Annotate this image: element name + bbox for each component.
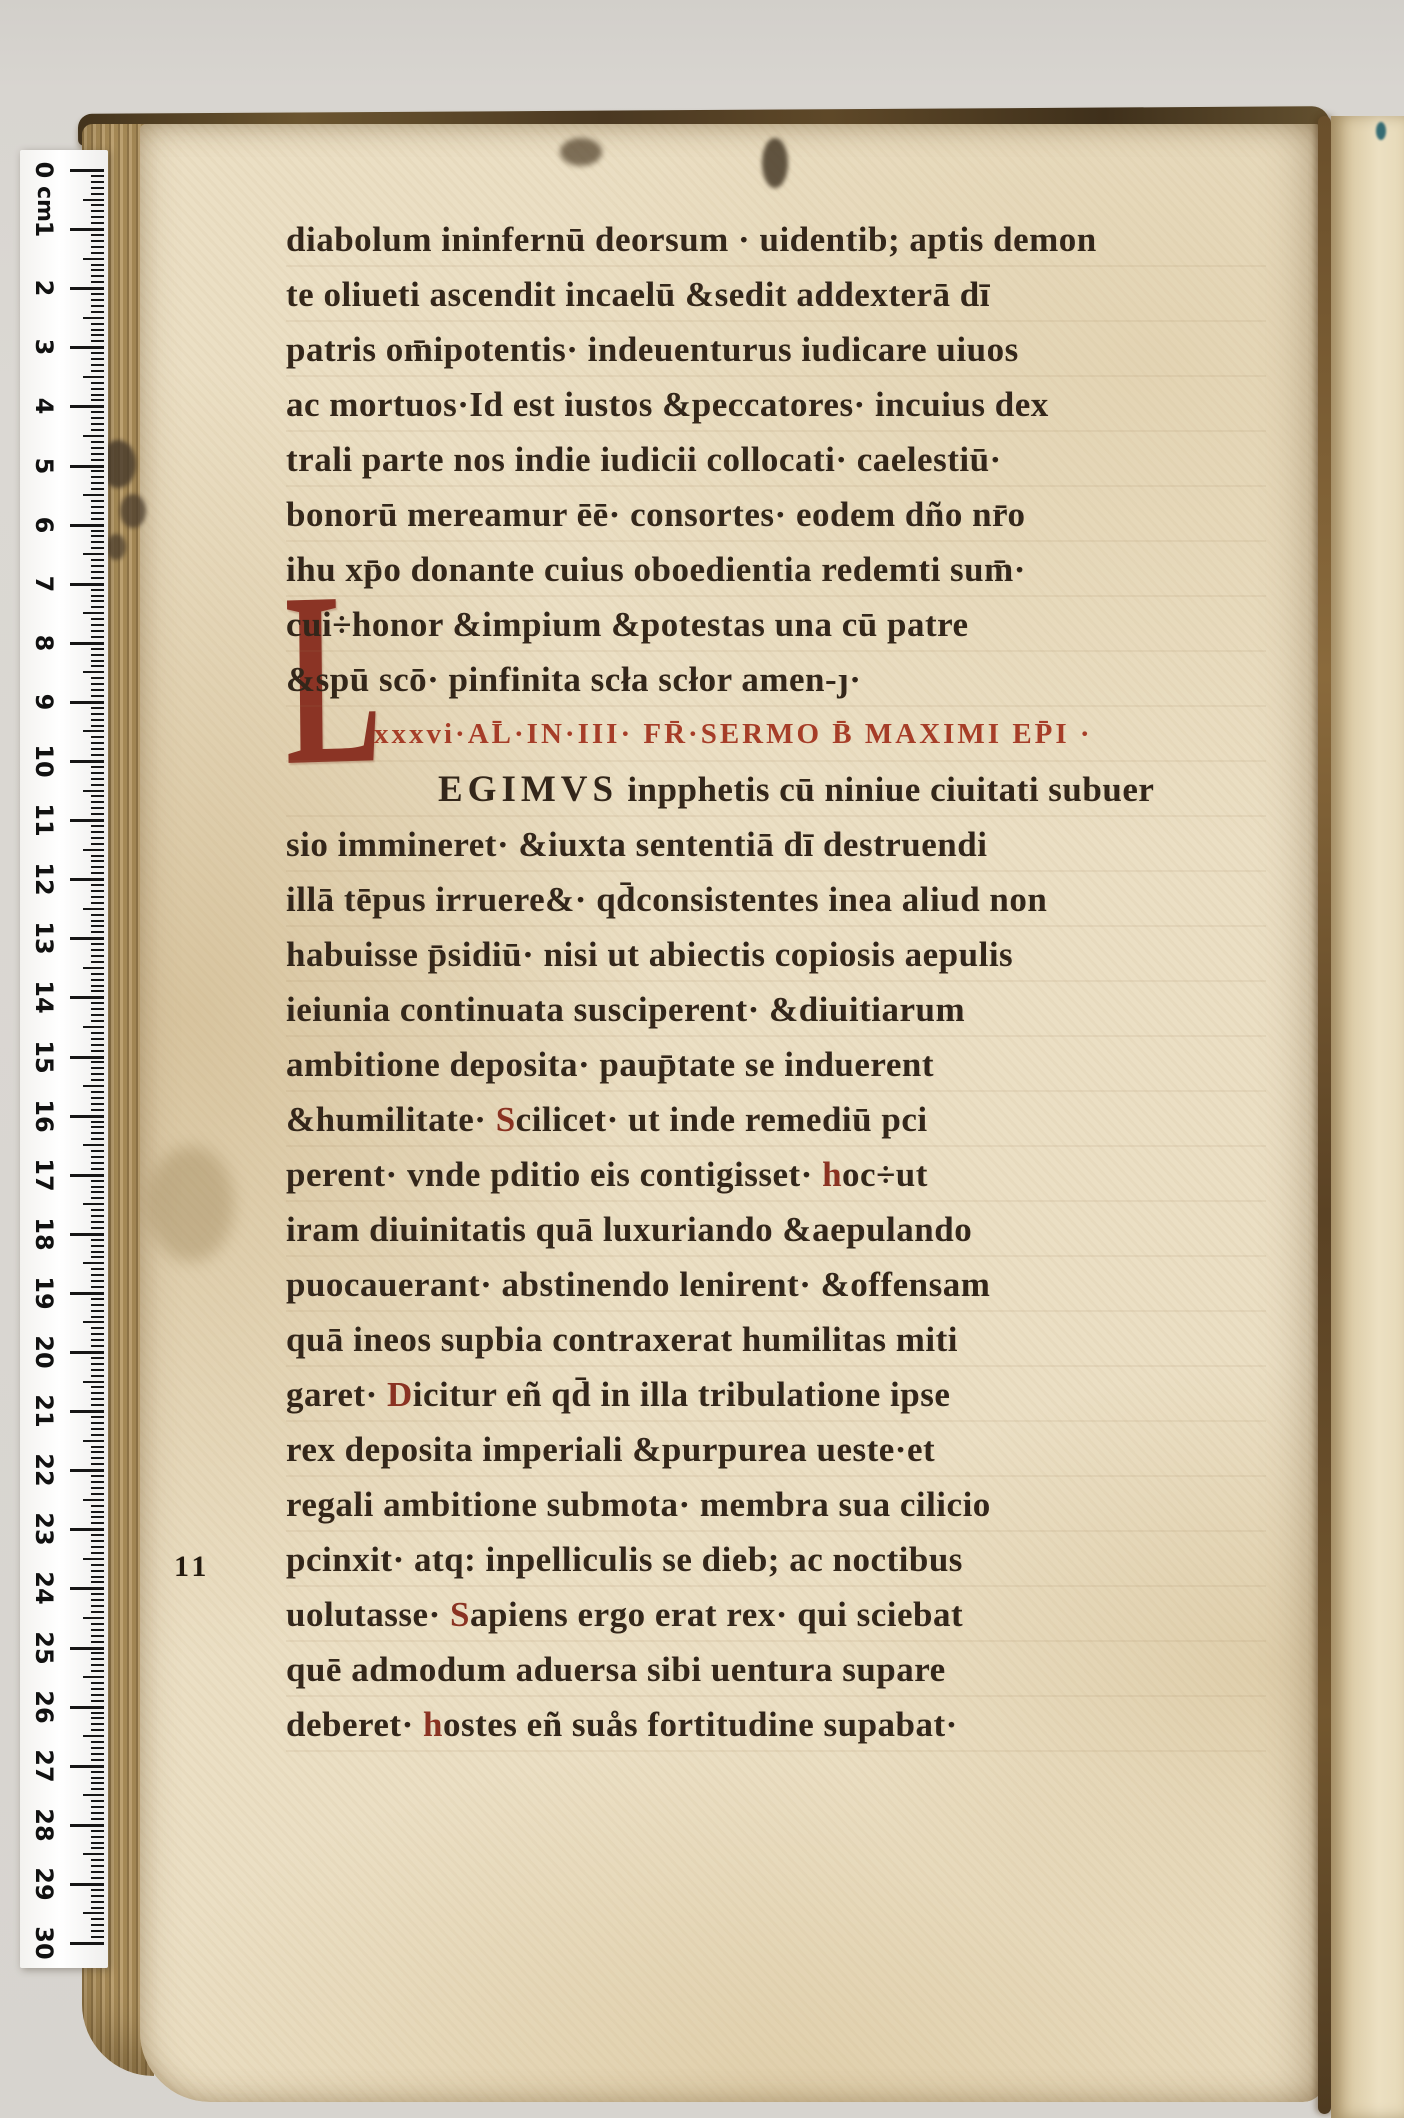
ruler-tick-mm [91, 665, 104, 667]
ruler-tick-mm [91, 884, 104, 886]
ruler-number: 18 [31, 1214, 57, 1254]
ruler-tick-mm [91, 1812, 104, 1814]
ruler-tick-mm [91, 571, 104, 573]
ruler-tick-mm [91, 1694, 104, 1696]
ruler-tick-mm [91, 1641, 104, 1643]
ruler-tick-cm [70, 1410, 104, 1413]
ruler-tick-cm [70, 878, 104, 881]
ruler-tick-mm [91, 1079, 104, 1081]
ruler-tick-half [83, 494, 104, 496]
ruler-tick-mm [91, 707, 104, 709]
ruler-tick-cm [70, 1115, 104, 1118]
ruler-tick-mm [91, 683, 104, 685]
ruler-tick-half [83, 1676, 104, 1678]
ruler-tick-mm [91, 742, 104, 744]
text-segment: sio immineret· &iuxta sententiā dī destr… [286, 825, 987, 864]
ruler-tick-mm [91, 1132, 104, 1134]
text-segment: perent· vnde pditio eis contigisset· [286, 1155, 822, 1194]
ruler-tick-mm [91, 990, 104, 992]
ruler-tick-mm [91, 955, 104, 957]
ruler-tick-mm [91, 654, 104, 656]
ruler-tick-half [83, 376, 104, 378]
ruler-tick-mm [91, 1889, 104, 1891]
ruler-tick-mm [91, 1073, 104, 1075]
ruler-tick-mm [91, 831, 104, 833]
ruler-tick-mm [91, 772, 104, 774]
ruler-tick-mm [91, 193, 104, 195]
ruler-tick-cm [70, 701, 104, 704]
ruler-tick-cm [70, 1765, 104, 1768]
ruler-tick-mm [91, 1800, 104, 1802]
ruler-tick-mm [91, 411, 104, 413]
text-segment: pcinxit· atq: inpelliculis se dieb; ac n… [286, 1540, 963, 1579]
text-line: &spū scō· pinfinita scła scłor amen-ȷ· [286, 652, 1266, 707]
text-segment: ambitione deposita· paup̄tate se induere… [286, 1045, 934, 1084]
ruler-tick-mm [91, 1386, 104, 1388]
text-segment: oc÷ut [842, 1155, 928, 1194]
ruler-tick-mm [91, 1020, 104, 1022]
ruler-tick-mm [91, 1245, 104, 1247]
ruler-number: 8 [31, 623, 57, 663]
ruler-number: 5 [31, 446, 57, 486]
ruler-tick-cm [70, 1528, 104, 1531]
ruler-tick-mm [91, 1552, 104, 1554]
text-segment: S [496, 1100, 516, 1139]
ruler-tick-mm [91, 482, 104, 484]
ruler-tick-mm [91, 1156, 104, 1158]
ruler-tick-mm [91, 1162, 104, 1164]
ruler-tick-mm [91, 1310, 104, 1312]
ruler-tick-cm [70, 1706, 104, 1709]
ruler-tick-mm [91, 855, 104, 857]
ruler-tick-mm [91, 985, 104, 987]
ruler-tick-mm [91, 1097, 104, 1099]
ruler-tick-cm [70, 642, 104, 645]
ruler-tick-mm [91, 600, 104, 602]
text-line: quē admodum aduersa sibi uentura supare [286, 1642, 1266, 1697]
ruler-tick-cm [70, 287, 104, 290]
text-segment: apiens ergo erat rex· qui sciebat [470, 1595, 963, 1634]
ruler-tick-cm [70, 819, 104, 822]
ruler-tick-mm [91, 1481, 104, 1483]
ruler-tick-mm [91, 1434, 104, 1436]
ruler-tick-cm [70, 996, 104, 999]
ruler-tick-cm [70, 1469, 104, 1472]
text-segment: regali ambitione submota· membra sua cil… [286, 1485, 991, 1524]
ruler-tick-mm [91, 1109, 104, 1111]
ruler-tick-mm [91, 1534, 104, 1536]
ruler-number: 14 [31, 977, 57, 1017]
ruler-tick-mm [91, 1611, 104, 1613]
facing-page-edge [1331, 116, 1404, 2118]
ruler-tick-mm [91, 187, 104, 189]
ruler-tick-mm [91, 1877, 104, 1879]
ruler-tick-mm [91, 252, 104, 254]
ruler-number: 21 [31, 1391, 57, 1431]
ruler-tick-mm [91, 1274, 104, 1276]
ruler-tick-cm [70, 228, 104, 231]
ruler-tick-mm [91, 1930, 104, 1932]
ruler-tick-mm [91, 1339, 104, 1341]
ruler-tick-mm [91, 778, 104, 780]
ruler-number: 25 [31, 1628, 57, 1668]
ruler-tick-mm [91, 813, 104, 815]
ruler-tick-mm [91, 530, 104, 532]
ruler-tick-mm [91, 234, 104, 236]
ruler-tick-mm [91, 1936, 104, 1938]
ruler-tick-mm [91, 872, 104, 874]
ruler-tick-mm [91, 506, 104, 508]
ruler-tick-mm [91, 1327, 104, 1329]
ruler-tick-cm [70, 524, 104, 527]
ruler-tick-mm [91, 595, 104, 597]
ruler-tick-half [83, 967, 104, 969]
ruler-tick-mm [91, 1847, 104, 1849]
ruler-tick-mm [91, 281, 104, 283]
text-line: uolutasse· Sapiens ergo erat rex· qui sc… [286, 1587, 1266, 1642]
ruler-tick-mm [91, 1907, 104, 1909]
ruler-number: 3 [31, 327, 57, 367]
ruler-tick-mm [91, 1369, 104, 1371]
ruler-tick-mm [91, 577, 104, 579]
ruler-tick-mm [91, 358, 104, 360]
text-segment: iram diuinitatis quā luxuriando &aepulan… [286, 1210, 972, 1249]
ruler-tick-mm [91, 240, 104, 242]
text-line: cui÷honor &impium &potestas una cū patre [286, 597, 1266, 652]
ruler-tick-cm [70, 1351, 104, 1354]
ruler-tick-half [83, 1203, 104, 1205]
ruler-tick-mm [91, 423, 104, 425]
ruler-tick-cm [70, 1233, 104, 1236]
ruler-tick-mm [91, 204, 104, 206]
ruler-tick-mm [91, 1298, 104, 1300]
ruler-tick-mm [91, 1463, 104, 1465]
ruler-tick-mm [91, 1658, 104, 1660]
text-line: ac mortuos·Id est iustos &peccatores· in… [286, 377, 1266, 432]
ruler-tick-mm [91, 801, 104, 803]
ruler-tick-mm [91, 453, 104, 455]
ruler-tick-half [83, 730, 104, 732]
text-line: ihu xp̄o donante cuius oboedientia redem… [286, 542, 1266, 597]
text-segment: cilicet· ut inde remediū pci [516, 1100, 928, 1139]
ruler-tick-mm [91, 1256, 104, 1258]
ruler-tick-mm [91, 943, 104, 945]
ruler-tick-mm [91, 1186, 104, 1188]
ruler-tick-mm [91, 1375, 104, 1377]
ruler-tick-mm [91, 1215, 104, 1217]
ruler-tick-mm [91, 1546, 104, 1548]
ruler-tick-mm [91, 1416, 104, 1418]
ruler-tick-mm [91, 1895, 104, 1897]
ruler-tick-mm [91, 305, 104, 307]
ruler-tick-half [83, 435, 104, 437]
ruler-tick-cm [70, 1883, 104, 1886]
ruler-tick-cm [70, 405, 104, 408]
text-segment: &spū scō· pinfinita scła scłor amen-ȷ· [286, 660, 861, 699]
ruler-tick-cm [70, 1587, 104, 1590]
ruler-tick-mm [91, 1623, 104, 1625]
text-line: te oliueti ascendit incaelū &sedit addex… [286, 267, 1266, 322]
text-segment: quā ineos supbia contraxerat humilitas m… [286, 1320, 958, 1359]
ruler-tick-cm [70, 1292, 104, 1295]
ruler-tick-half [83, 1262, 104, 1264]
ruler-tick-mm [91, 512, 104, 514]
text-line: perent· vnde pditio eis contigisset· hoc… [286, 1147, 1266, 1202]
ruler-tick-mm [91, 795, 104, 797]
ruler-number: 28 [31, 1805, 57, 1845]
text-segment: h [423, 1705, 443, 1744]
ruler-tick-mm [91, 1859, 104, 1861]
text-segment: te oliueti ascendit incaelū &sedit addex… [286, 275, 990, 314]
text-segment: quē admodum aduersa sibi uentura supare [286, 1650, 946, 1689]
ruler-tick-mm [91, 565, 104, 567]
ruler-number: 15 [31, 1037, 57, 1077]
ruler-tick-mm [91, 754, 104, 756]
text-segment: patris om̄ipotentis· indeuenturus iudica… [286, 330, 1019, 369]
ruler-tick-mm [91, 1451, 104, 1453]
ruler-tick-mm [91, 825, 104, 827]
ruler-tick-mm [91, 370, 104, 372]
ruler-tick-mm [91, 1286, 104, 1288]
text-segment: bonorū mereamur ēē· consortes· eodem dño… [286, 495, 1025, 534]
ruler-tick-cm [70, 1647, 104, 1650]
ruler-number: 1 [31, 209, 57, 249]
ruler-number: 16 [31, 1096, 57, 1136]
text-segment: cui÷honor &impium &potestas una cū patre [286, 605, 969, 644]
ruler-tick-mm [91, 1747, 104, 1749]
ruler-tick-mm [91, 1067, 104, 1069]
ruler-tick-mm [91, 1924, 104, 1926]
ruler-number: 30 [31, 1923, 57, 1963]
ruler-tick-half [83, 1321, 104, 1323]
ruler-tick-mm [91, 559, 104, 561]
ruler-tick-mm [91, 441, 104, 443]
ruler-tick-mm [91, 1581, 104, 1583]
text-line: trali parte nos indie iudicii collocati·… [286, 432, 1266, 487]
ruler-tick-half [83, 258, 104, 260]
text-segment: garet· [286, 1375, 387, 1414]
ruler-tick-mm [91, 1209, 104, 1211]
ruler-tick-mm [91, 589, 104, 591]
ruler-tick-cm [70, 937, 104, 940]
ruler-tick-mm [91, 1564, 104, 1566]
ruler-tick-mm [91, 488, 104, 490]
ruler-number: 6 [31, 505, 57, 545]
ruler-tick-mm [91, 648, 104, 650]
ruler-tick-half [83, 1735, 104, 1737]
ruler-tick-mm [91, 394, 104, 396]
ruler-tick-mm [91, 1788, 104, 1790]
ruler-tick-mm [91, 931, 104, 933]
ruler-tick-cm [70, 1824, 104, 1827]
ruler-tick-mm [91, 1191, 104, 1193]
cm-ruler: 0cm1234567891011121314151617181920212223… [20, 150, 108, 1968]
ruler-tick-half [83, 1085, 104, 1087]
text-line: illā tēpus irruere&· qd̄consistentes ine… [286, 872, 1266, 927]
text-line: habuisse p̄sidiū· nisi ut abiectis copio… [286, 927, 1266, 982]
text-line: rex deposita imperiali &purpurea ueste·e… [286, 1422, 1266, 1477]
ruler-tick-mm [91, 1121, 104, 1123]
ruler-tick-mm [91, 329, 104, 331]
ruler-tick-mm [91, 1599, 104, 1601]
ruler-tick-mm [91, 961, 104, 963]
text-segment: ieiunia continuata susciperent· &diuitia… [286, 990, 965, 1029]
ruler-tick-half [83, 1853, 104, 1855]
ruler-number: 7 [31, 564, 57, 604]
ruler-tick-mm [91, 1091, 104, 1093]
ruler-number: 20 [31, 1332, 57, 1372]
ruler-tick-half [83, 1558, 104, 1560]
ruler-tick-mm [91, 1712, 104, 1714]
ruler-tick-mm [91, 1168, 104, 1170]
ruler-tick-mm [91, 1511, 104, 1513]
ruler-tick-mm [91, 1830, 104, 1832]
ruler-tick-mm [91, 949, 104, 951]
text-line: patris om̄ipotentis· indeuenturus iudica… [286, 322, 1266, 377]
ruler-tick-mm [91, 1422, 104, 1424]
ruler-tick-mm [91, 1522, 104, 1524]
ruler-tick-half [83, 1912, 104, 1914]
ruler-tick-mm [91, 264, 104, 266]
ruler-tick-mm [91, 518, 104, 520]
ruler-number: 23 [31, 1509, 57, 1549]
ruler-tick-mm [91, 1505, 104, 1507]
ruler-tick-mm [91, 1404, 104, 1406]
ruler-tick-mm [91, 713, 104, 715]
ruler-tick-mm [91, 1576, 104, 1578]
ruler-tick-mm [91, 1493, 104, 1495]
ruler-tick-half [83, 1794, 104, 1796]
ruler-tick-mm [91, 1729, 104, 1731]
ruler-tick-mm [91, 1865, 104, 1867]
ruler-tick-mm [91, 1221, 104, 1223]
text-line: pcinxit· atq: inpelliculis se dieb; ac n… [286, 1532, 1266, 1587]
ruler-tick-mm [91, 1268, 104, 1270]
ruler-tick-mm [91, 1664, 104, 1666]
ruler-tick-mm [91, 618, 104, 620]
ruler-tick-mm [91, 1818, 104, 1820]
ruler-tick-mm [91, 843, 104, 845]
text-line: iram diuinitatis quā luxuriando &aepulan… [286, 1202, 1266, 1257]
ruler-tick-half [83, 908, 104, 910]
ruler-tick-mm [91, 1771, 104, 1773]
ruler-tick-mm [91, 1753, 104, 1755]
ruler-tick-mm [91, 382, 104, 384]
ruler-tick-mm [91, 1304, 104, 1306]
folio-number: 11 [174, 1550, 210, 1584]
ruler-tick-mm [91, 1044, 104, 1046]
ruler-tick-mm [91, 535, 104, 537]
ruler-tick-mm [91, 1605, 104, 1607]
text-line: regali ambitione submota· membra sua cil… [286, 1477, 1266, 1532]
ruler-tick-mm [91, 210, 104, 212]
ruler-tick-half [83, 199, 104, 201]
ruler-tick-mm [91, 1842, 104, 1844]
ruler-tick-mm [91, 1782, 104, 1784]
text-segment: inpphetis cū niniue ciuitati subuer [618, 770, 1154, 809]
ruler-tick-mm [91, 1688, 104, 1690]
ruler-tick-mm [91, 1806, 104, 1808]
ruler-tick-half [83, 671, 104, 673]
ruler-tick-mm [91, 1635, 104, 1637]
ruler-tick-mm [91, 1239, 104, 1241]
ruler-tick-mm [91, 364, 104, 366]
ruler-tick-cm [70, 169, 104, 172]
text-segment: puocauerant· abstinendo lenirent· &offen… [286, 1265, 990, 1304]
ruler-tick-mm [91, 417, 104, 419]
ruler-tick-mm [91, 1061, 104, 1063]
text-segment: illā tēpus irruere&· qd̄consistentes ine… [286, 880, 1047, 919]
ruler-tick-mm [91, 1918, 104, 1920]
ruler-tick-mm [91, 334, 104, 336]
ruler-tick-mm [91, 175, 104, 177]
ruler-tick-mm [91, 1357, 104, 1359]
text-line: ambitione deposita· paup̄tate se induere… [286, 1037, 1266, 1092]
ruler-tick-mm [91, 896, 104, 898]
ruler-number: 27 [31, 1746, 57, 1786]
ruler-tick-cm [70, 1056, 104, 1059]
ruler-tick-mm [91, 925, 104, 927]
ruler-tick-mm [91, 914, 104, 916]
ruler-tick-mm [91, 689, 104, 691]
ruler-tick-half [83, 1499, 104, 1501]
ruler-tick-half [83, 553, 104, 555]
ruler-tick-mm [91, 677, 104, 679]
ruler-tick-mm [91, 1032, 104, 1034]
text-segment: habuisse p̄sidiū· nisi ut abiectis copio… [286, 935, 1013, 974]
ruler-number: 26 [31, 1687, 57, 1727]
ruler-tick-mm [91, 1741, 104, 1743]
text-segment: xxxvi·AL̄·IN·III· FR̄·SERMO B̄ MAXIMI EP… [374, 718, 1093, 750]
ruler-tick-mm [91, 447, 104, 449]
text-segment: diabolum ininfernū deorsum · uidentib; a… [286, 220, 1097, 259]
ruler-tick-half [83, 612, 104, 614]
ruler-tick-cm [70, 346, 104, 349]
ruler-tick-mm [91, 470, 104, 472]
ruler-tick-mm [91, 1103, 104, 1105]
text-segment: ostes eñ suås fortitudine supabat· [443, 1705, 958, 1744]
text-segment: uolutasse· [286, 1595, 450, 1634]
ruler-tick-mm [91, 660, 104, 662]
ruler-tick-mm [91, 1652, 104, 1654]
ruler-tick-half [83, 1440, 104, 1442]
ruler-tick-mm [91, 1280, 104, 1282]
ruler-tick-mm [91, 547, 104, 549]
text-line: sio immineret· &iuxta sententiā dī destr… [286, 817, 1266, 872]
ruler-tick-mm [91, 1008, 104, 1010]
text-block: diabolum ininfernū deorsum · uidentib; a… [286, 212, 1266, 1752]
ruler-tick-mm [91, 269, 104, 271]
ruler-tick-mm [91, 299, 104, 301]
ruler-tick-mm [91, 500, 104, 502]
ruler-tick-mm [91, 293, 104, 295]
ruler-tick-mm [91, 1759, 104, 1761]
ruler-tick-mm [91, 311, 104, 313]
ruler-tick-mm [91, 784, 104, 786]
ruler-tick-mm [91, 1487, 104, 1489]
ruler-tick-mm [91, 1180, 104, 1182]
ruler-tick-half [83, 1617, 104, 1619]
ruler-tick-cm [70, 583, 104, 586]
ruler-tick-mm [91, 459, 104, 461]
ruler-tick-mm [91, 1446, 104, 1448]
ruler-tick-mm [91, 1516, 104, 1518]
ruler-tick-mm [91, 429, 104, 431]
text-line: bonorū mereamur ēē· consortes· eodem dño… [286, 487, 1266, 542]
ruler-number: 11 [31, 800, 57, 840]
ruler-number: 2 [31, 268, 57, 308]
ruler-tick-half [83, 849, 104, 851]
